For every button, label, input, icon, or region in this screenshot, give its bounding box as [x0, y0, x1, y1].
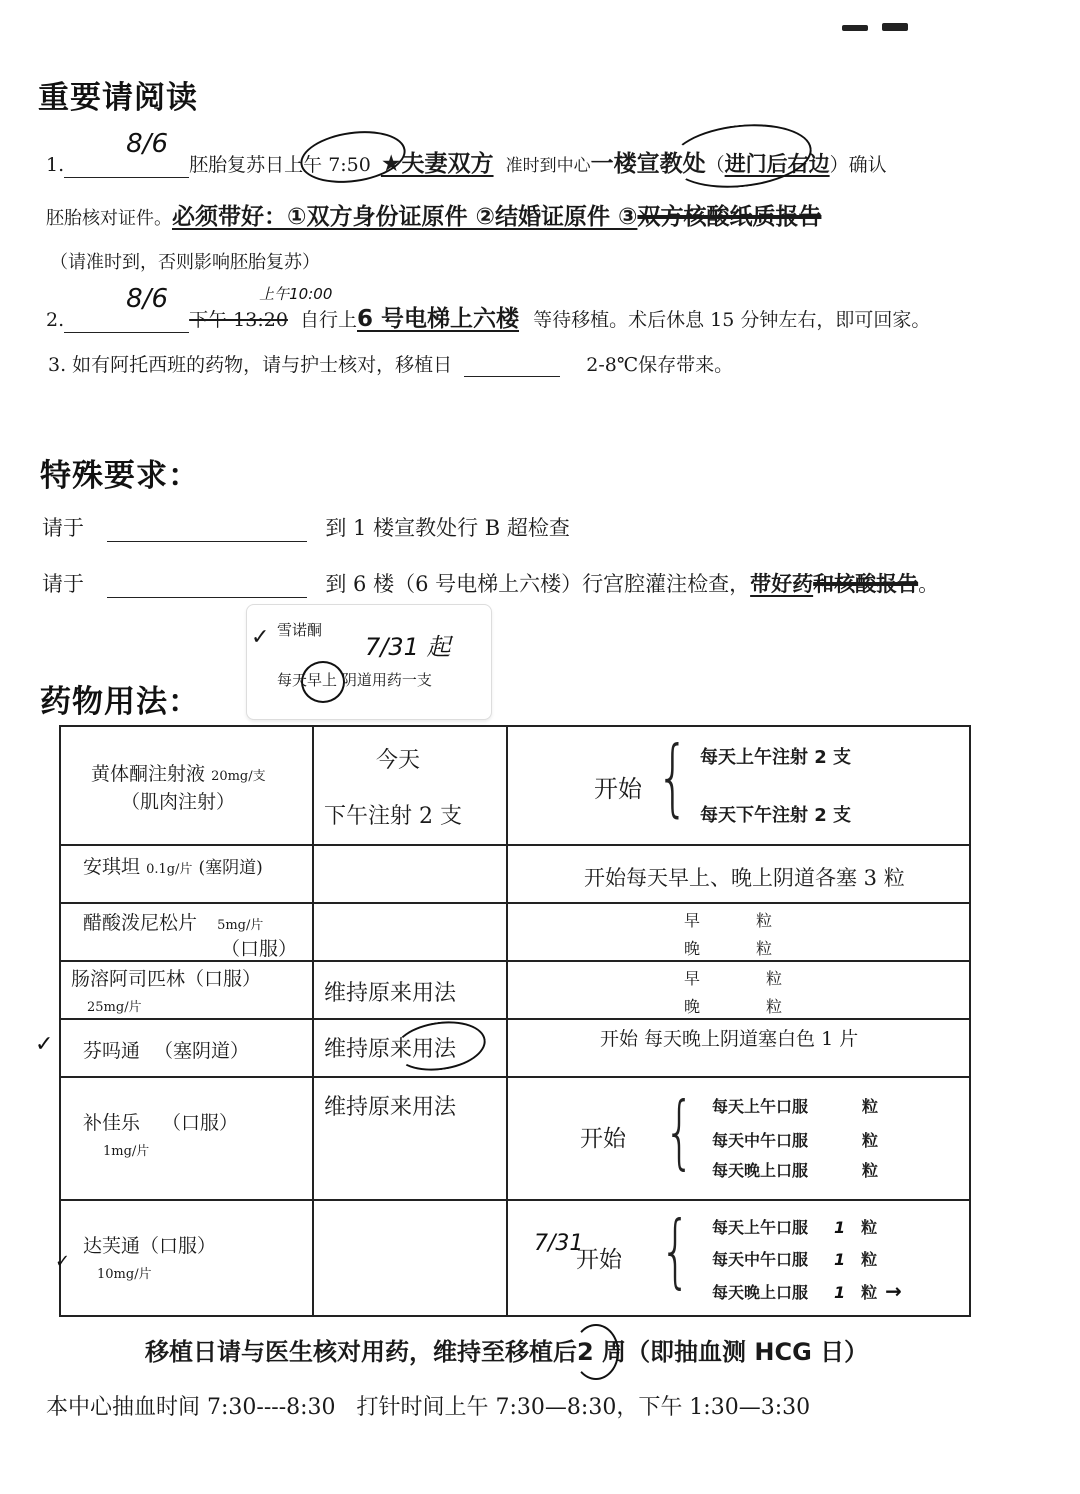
- plan-line: 每天上午口服粒: [712, 1094, 878, 1117]
- spec: 20mg/支: [211, 769, 266, 784]
- med-name: 补佳乐（口服）: [83, 1108, 238, 1135]
- medication-sticker: ✓ 雪诺酮 7/31 起 每天早上 阴道用药一支: [246, 604, 492, 720]
- plan-line: 每天晚上口服粒: [712, 1158, 878, 1181]
- med-name: 肠溶阿司匹林（口服）: [71, 964, 261, 991]
- med-name: 醋酸泼尼松片 5mg/片: [83, 908, 263, 935]
- route: (塞阴道): [199, 858, 263, 878]
- handwritten-count: 1: [834, 1283, 845, 1302]
- item2-line: 2.8/6下午 13:20上午10:00 自行上6 号电梯上六楼 等待移植。术后…: [46, 300, 930, 333]
- unit: 粒: [756, 939, 772, 958]
- med-name-cell: 补佳乐（口服） 1mg/片: [60, 1077, 313, 1200]
- plan-cell: 7/31 开始 { 每天上午口服1粒 每天中午口服1粒 每天晚上口服1粒→: [507, 1200, 970, 1316]
- unit: 粒: [756, 911, 772, 930]
- med-name-cell: ✓ 达芙通（口服） 10mg/片: [60, 1200, 313, 1316]
- today-cell: [313, 903, 507, 961]
- unit: 粒: [862, 1131, 878, 1150]
- crossed-time: 下午 13:20: [189, 309, 288, 331]
- table-row: ✓ 芬吗通（塞阴道） 维持原来用法 开始 每天晚上阴道塞白色 1 片: [60, 1019, 970, 1077]
- handwritten-circle: [301, 661, 345, 703]
- plan-line: 早粒: [684, 966, 782, 989]
- text: 等待移植。术后休息 15 分钟左右，即可回家。: [533, 309, 930, 331]
- today-cell: 维持原来用法: [313, 1019, 507, 1077]
- text: 早: [684, 969, 700, 988]
- unit: 粒: [766, 997, 782, 1016]
- spec: 25mg/片: [87, 996, 142, 1015]
- route: （肌肉注射）: [121, 787, 235, 814]
- table-row: 醋酸泼尼松片 5mg/片 （口服） 早粒 晚粒: [60, 903, 970, 961]
- handwritten-circle: [391, 1016, 489, 1076]
- check-icon: ✓: [35, 1032, 53, 1057]
- route: （口服）: [221, 934, 297, 961]
- text: 2-8℃保存带来。: [586, 354, 733, 376]
- crossed-time-wrap: 下午 13:20上午10:00: [189, 309, 288, 331]
- med-name-cell: 安琪坦 0.1g/片 (塞阴道): [60, 845, 313, 903]
- table-row: 补佳乐（口服） 1mg/片 维持原来用法 开始 { 每天上午口服粒 每天中午口服…: [60, 1077, 970, 1200]
- item-number: 2.: [46, 309, 64, 331]
- handwritten-circle: [297, 125, 409, 189]
- text: 每天晚上口服: [712, 1283, 808, 1302]
- text: 安琪坦: [83, 856, 140, 878]
- elevator-instruction: 6 号电梯上六楼: [357, 306, 519, 332]
- circled-text: 2 周: [577, 1338, 626, 1366]
- clip-icon: [882, 23, 908, 31]
- plan-cell: 开始 { 每天上午注射 2 支 每天下午注射 2 支: [507, 726, 970, 845]
- handwritten-time: 上午10:00: [259, 283, 332, 304]
- text: （即抽血测 HCG 日）: [626, 1338, 868, 1366]
- text: 请于: [42, 516, 84, 540]
- table-row: 安琪坦 0.1g/片 (塞阴道) 开始每天早上、晚上阴道各塞 3 粒: [60, 845, 970, 903]
- text: 胚胎核对证件。: [46, 208, 172, 229]
- brace-icon: {: [657, 735, 689, 819]
- table-row: 肠溶阿司匹林（口服） 25mg/片 维持原来用法 早粒 晚粒: [60, 961, 970, 1019]
- top-marks: [842, 16, 922, 35]
- text: 确认: [849, 154, 887, 176]
- unit: 粒: [862, 1097, 878, 1116]
- med-name-cell: 黄体酮注射液 20mg/支 （肌肉注射）: [60, 726, 313, 845]
- text: 黄体酮注射液: [91, 763, 205, 785]
- text: 今天: [376, 743, 420, 774]
- plan-line: 每天中午口服粒: [712, 1128, 878, 1151]
- text: 芬吗通: [83, 1040, 140, 1062]
- plan-line: 晚粒: [684, 936, 772, 959]
- text: 晚: [684, 939, 700, 958]
- today-cell: 今天 下午注射 2 支: [313, 726, 507, 845]
- text: 每天晚上口服: [712, 1161, 808, 1180]
- plan-cell: 开始每天早上、晚上阴道各塞 3 粒: [507, 845, 970, 903]
- handwritten-date: 8/6: [126, 284, 168, 314]
- footer-hours: 本中心抽血时间 7:30----8:30 打针时间上午 7:30—8:30，下午…: [46, 1390, 810, 1421]
- special-line2: 请于 到 6 楼（6 号电梯上六楼）行宫腔灌注检查，带好药和核酸报告。: [42, 568, 939, 598]
- start-label: 开始: [580, 1120, 626, 1153]
- med-name: 达芙通（口服）: [83, 1231, 216, 1258]
- item3-line: 3. 如有阿托西班的药物，请与护士核对，移植日 2-8℃保存带来。: [48, 350, 733, 377]
- text: 每天上午口服: [712, 1097, 808, 1116]
- text: 阴道用药一支: [342, 671, 432, 689]
- handwritten-count: 1: [834, 1218, 845, 1237]
- med-name: 安琪坦 0.1g/片 (塞阴道): [83, 852, 263, 879]
- handwritten-circle: [667, 118, 815, 195]
- route: （口服）: [162, 1112, 238, 1134]
- section-title-special: 特殊要求：: [40, 450, 200, 495]
- text: 移植日请与医生核对用药，维持至移植后: [145, 1338, 577, 1366]
- date-blank: 8/6: [64, 157, 189, 178]
- today-cell: [313, 1200, 507, 1316]
- med-name-cell: ✓ 芬吗通（塞阴道）: [60, 1019, 313, 1077]
- spec: 0.1g/片: [146, 862, 192, 877]
- text: 晚: [684, 997, 700, 1016]
- circled-text: 早上: [307, 671, 337, 689]
- start-label: 开始: [594, 769, 642, 804]
- med-name-cell: 醋酸泼尼松片 5mg/片 （口服）: [60, 903, 313, 961]
- handwritten-date: 8/6: [126, 129, 168, 159]
- spec: 5mg/片: [217, 918, 263, 933]
- text: 下午注射 2 支: [324, 799, 462, 830]
- check-icon: ✓: [55, 1251, 70, 1272]
- med-name: 黄体酮注射液 20mg/支: [91, 759, 266, 786]
- spec: 10mg/片: [97, 1263, 152, 1282]
- medication-table: 黄体酮注射液 20mg/支 （肌肉注射） 今天 下午注射 2 支 开始 { 每天…: [59, 725, 971, 1317]
- handwritten-circle: [573, 1324, 619, 1380]
- bring-meds: 带好药: [750, 571, 813, 596]
- plan-line: 每天中午口服1粒: [712, 1247, 877, 1270]
- today-cell: 维持原来用法: [313, 1077, 507, 1200]
- text: 准时到中心: [506, 156, 591, 176]
- footer-note: 移植日请与医生核对用药，维持至移植后2 周（即抽血测 HCG 日）: [145, 1332, 868, 1367]
- date-blank: [107, 577, 307, 598]
- text: 维持原来用法: [324, 976, 456, 1007]
- item-number: 1.: [46, 154, 64, 176]
- table-row: ✓ 达芙通（口服） 10mg/片 7/31 开始 { 每天上午口服1粒 每天中午…: [60, 1200, 970, 1316]
- plan-line: 每天晚上口服1粒→: [712, 1279, 902, 1303]
- text: 。: [918, 572, 939, 596]
- plan-line: 晚粒: [684, 994, 782, 1017]
- start-label: 开始: [576, 1241, 622, 1274]
- text: 胚胎复苏日: [189, 154, 284, 176]
- handwritten-start-date: 7/31 起: [365, 627, 451, 662]
- today-cell: [313, 845, 507, 903]
- text: 每天中午口服: [712, 1250, 808, 1269]
- check-icon: ✓: [251, 625, 269, 650]
- section-title-medication: 药物用法：: [40, 676, 200, 721]
- text: 到 1 楼宣教处行 B 超检查: [325, 516, 570, 540]
- sticker-drug: 雪诺酮: [277, 619, 322, 640]
- table-row: 黄体酮注射液 20mg/支 （肌肉注射） 今天 下午注射 2 支 开始 { 每天…: [60, 726, 970, 845]
- plan-line: 每天上午注射 2 支: [700, 743, 851, 769]
- text: 请于: [42, 572, 84, 596]
- unit: 粒: [861, 1283, 877, 1302]
- today-cell: 维持原来用法: [313, 961, 507, 1019]
- text: 到 6 楼（6 号电梯上六楼）行宫腔灌注检查，: [325, 572, 750, 596]
- brace-icon: {: [664, 1092, 695, 1172]
- plan-cell: 早粒 晚粒: [507, 903, 970, 961]
- date-blank: 8/6: [64, 312, 189, 333]
- text: 维持原来用法: [324, 1090, 456, 1121]
- plan-line: 每天下午注射 2 支: [700, 801, 851, 827]
- plan-line: 开始每天早上、晚上阴道各塞 3 粒: [584, 862, 905, 892]
- special-line1: 请于 到 1 楼宣教处行 B 超检查: [42, 512, 570, 542]
- text: 每天上午口服: [712, 1218, 808, 1237]
- transfer-day-blank: [464, 356, 560, 377]
- plan-line: 早粒: [684, 908, 772, 931]
- spec: 1mg/片: [103, 1140, 149, 1159]
- date-blank: [107, 521, 307, 542]
- crossed-out-report: 和核酸报告: [813, 571, 918, 596]
- sticker-usage: 每天早上 阴道用药一支: [277, 669, 432, 690]
- item1-line3: （请准时到，否则影响胚胎复苏）: [50, 248, 320, 274]
- plan-cell: 早粒 晚粒: [507, 961, 970, 1019]
- plan-cell: 开始 { 每天上午口服粒 每天中午口服粒 每天晚上口服粒: [507, 1077, 970, 1200]
- handwritten-count: 1: [834, 1250, 845, 1269]
- med-name-cell: 肠溶阿司匹林（口服） 25mg/片: [60, 961, 313, 1019]
- text: 自行上: [300, 309, 357, 331]
- pin-icon: [842, 25, 868, 31]
- paren: ）: [830, 154, 849, 176]
- unit: 粒: [861, 1218, 877, 1237]
- text: 醋酸泼尼松片: [83, 912, 197, 934]
- route: （塞阴道）: [154, 1040, 249, 1062]
- section-title-important: 重要请阅读: [38, 72, 198, 117]
- item1-line2: 胚胎核对证件。必须带好：①双方身份证原件 ②结婚证原件 ③双方核酸纸质报告: [46, 198, 821, 231]
- unit: 粒: [861, 1250, 877, 1269]
- text: 补佳乐: [83, 1112, 140, 1134]
- arrow-icon: →: [885, 1279, 902, 1303]
- text: 早: [684, 911, 700, 930]
- brace-icon: {: [660, 1211, 691, 1291]
- crossed-out-nucleic-report: 双方核酸纸质报告: [637, 204, 821, 230]
- unit: 粒: [766, 969, 782, 988]
- text: 3. 如有阿托西班的药物，请与护士核对，移植日: [48, 354, 452, 376]
- plan-line: 每天上午口服1粒: [712, 1215, 877, 1238]
- plan-line: 开始 每天晚上阴道塞白色 1 片: [600, 1024, 858, 1051]
- med-name: 芬吗通（塞阴道）: [83, 1036, 249, 1063]
- unit: 粒: [862, 1161, 878, 1180]
- plan-cell: 开始 每天晚上阴道塞白色 1 片: [507, 1019, 970, 1077]
- text: 每天中午口服: [712, 1131, 808, 1150]
- must-bring: 必须带好：①双方身份证原件 ②结婚证原件 ③: [172, 204, 637, 230]
